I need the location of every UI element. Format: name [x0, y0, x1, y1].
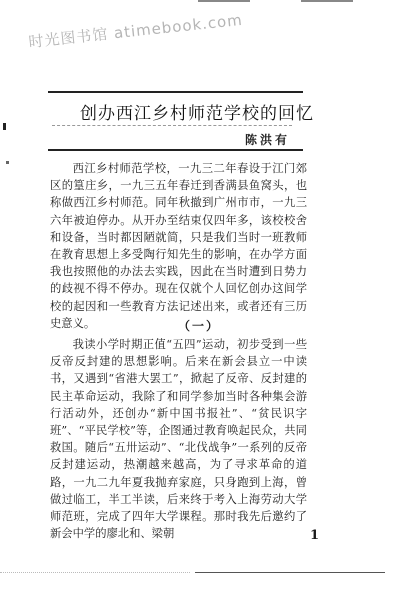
section-paragraph: 我读小学时期正值“五四”运动，初步受到一些反帝反封建的思想影响。后来在新会县立一… — [50, 336, 307, 542]
intro-section: 西江乡村师范学校，一九三二年春设于江门郊区的篁庄乡，一九三五年春迁到香满县鱼窝头… — [50, 160, 307, 332]
binding-mark — [3, 123, 6, 130]
article-author: 陈洪有 — [245, 131, 290, 148]
watermark: 时光图书馆 atimebook.com — [27, 9, 243, 52]
section-one: 我读小学时期正值“五四”运动，初步受到一些反帝反封建的思想影响。后来在新会县立一… — [50, 336, 307, 542]
title-underline — [52, 125, 292, 126]
binding-mark — [6, 161, 9, 164]
scan-edge-mark — [198, 0, 250, 2]
section-heading: （一） — [178, 317, 220, 334]
intro-paragraph: 西江乡村师范学校，一九三二年春设于江门郊区的篁庄乡，一九三五年春迁到香满县鱼窝头… — [50, 160, 307, 332]
scan-edge-mark — [301, 0, 353, 2]
header-bottom-rule — [48, 149, 303, 151]
article-title: 创办西江乡村师范学校的回忆 — [80, 99, 320, 124]
page-bottom-edge — [195, 572, 385, 573]
title-top-rule — [48, 91, 303, 93]
page-number: 1 — [310, 528, 319, 543]
page-bottom-edge — [0, 572, 190, 573]
